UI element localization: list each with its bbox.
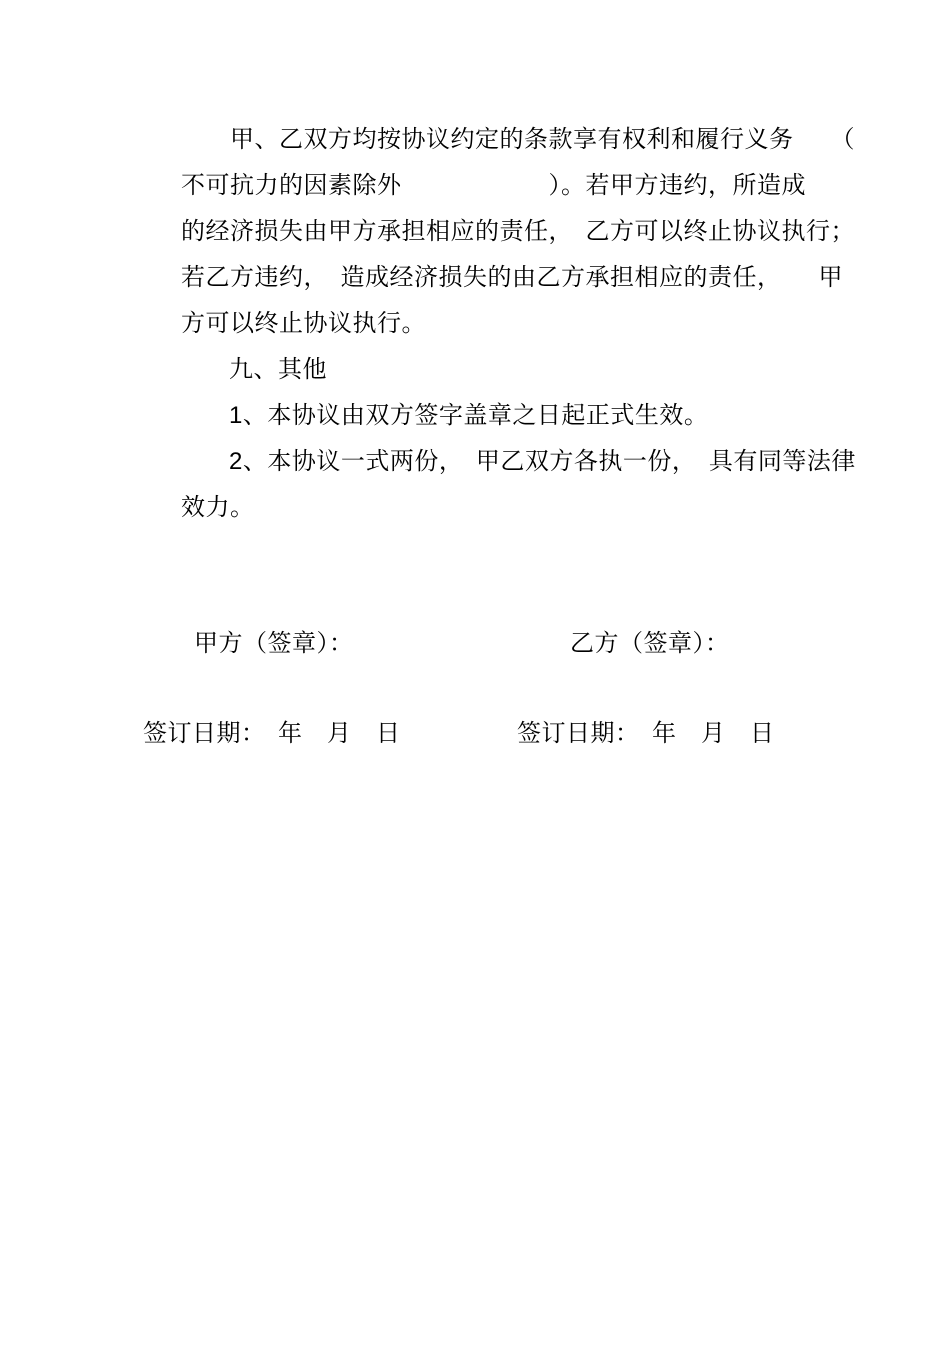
clause-liability-line-2: 不可抗力的因素除外 ）。若甲方违约，所造成 <box>181 172 806 200</box>
party-a-signature-label: 甲方（签章）： <box>194 630 354 658</box>
clause-effective-on-signing-line: 1、本协议由双方签字盖章之日起正式生效。 <box>229 402 708 430</box>
clause-counterparts-line-1: 2、本协议一式两份， 甲乙双方各执一份， 具有同等法律 <box>229 448 856 476</box>
clause-liability-line-1: 甲、乙双方均按协议约定的条款享有权利和履行义务 （ <box>230 126 855 154</box>
party-b-signing-date-line: 签订日期： 年 月 日 <box>517 720 775 748</box>
section-heading-nine-other: 九、其他 <box>229 356 327 384</box>
clause-counterparts-line-2: 效力。 <box>181 494 255 522</box>
clause-liability-line-4: 若乙方违约， 造成经济损失的由乙方承担相应的责任， 甲 <box>181 264 843 292</box>
clause-liability-line-5: 方可以终止协议执行。 <box>181 310 426 338</box>
document-page: 甲、乙双方均按协议约定的条款享有权利和履行义务 （ 不可抗力的因素除外 ）。若甲… <box>0 0 950 1345</box>
party-a-signing-date-line: 签订日期： 年 月 日 <box>143 720 401 748</box>
clause-liability-line-3: 的经济损失由甲方承担相应的责任， 乙方可以终止协议执行； <box>181 218 855 246</box>
party-b-signature-label: 乙方（签章）： <box>570 630 730 658</box>
